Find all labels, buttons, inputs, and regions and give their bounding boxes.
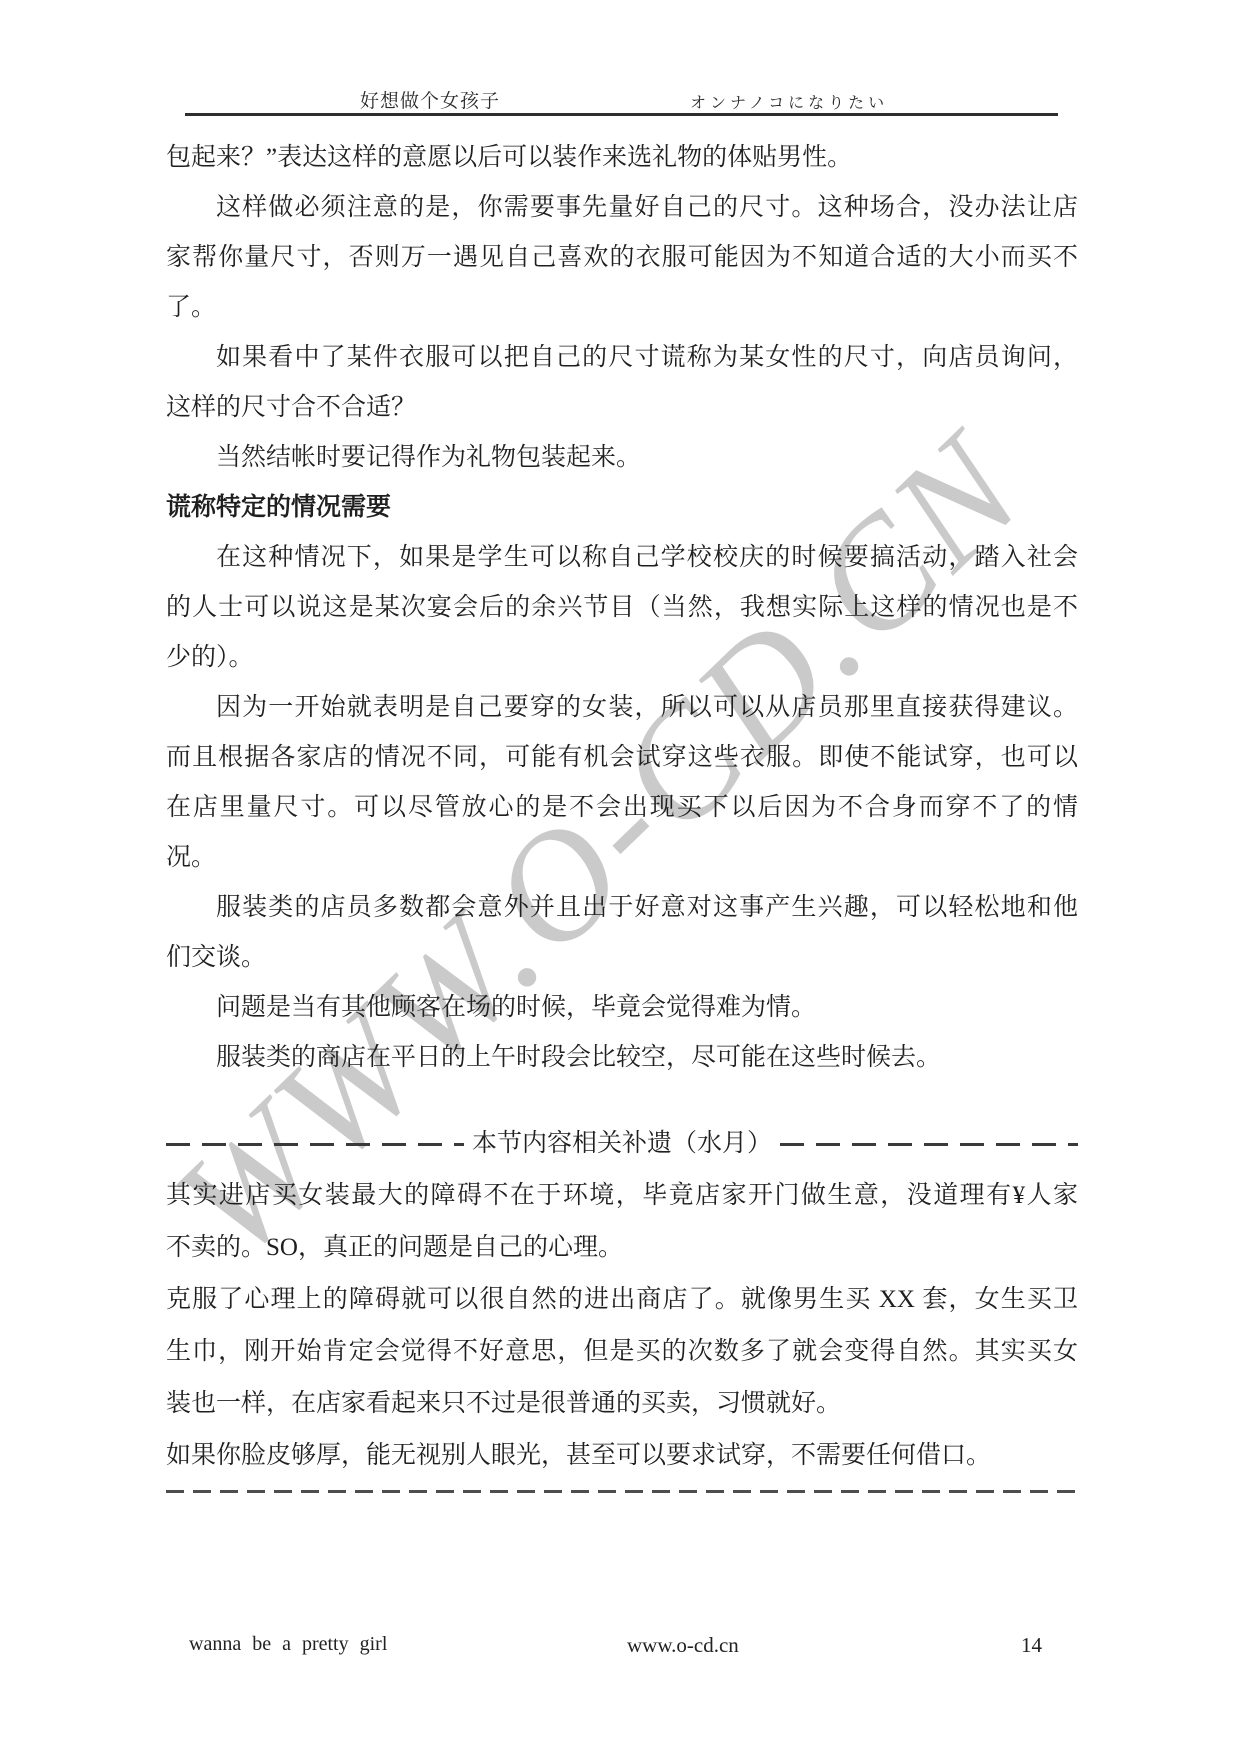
supplement-line: 其实进店买女装最大的障碍不在于环境，毕竟店家开门做生意，没道理有¥人家: [166, 1170, 1078, 1222]
header-title-jp: オンナノコになりたい: [690, 90, 888, 113]
body-line: 了。: [166, 283, 1078, 333]
supplement-line: 生巾，刚开始肯定会觉得不好意思，但是买的次数多了就会变得自然。其实买女: [166, 1326, 1078, 1378]
body-line: 的人士可以说这是某次宴会后的余兴节目（当然，我想实际上这样的情况也是不: [166, 583, 1078, 633]
body-line: 包起来？”表达这样的意愿以后可以装作来选礼物的体贴男性。: [166, 133, 1078, 183]
body-line: 这样做必须注意的是，你需要事先量好自己的尺寸。这种场合，没办法让店: [166, 183, 1078, 233]
body-line: 服装类的店员多数都会意外并且出于好意对这事产生兴趣，可以轻松地和他: [166, 883, 1078, 933]
header-rule: [185, 113, 1058, 116]
document-page: 好想做个女孩子 オンナノコになりたい WWW.O-CD.CN 包起来？”表达这样…: [0, 0, 1241, 1755]
supplement-line: 如果你脸皮够厚，能无视别人眼光，甚至可以要求试穿，不需要任何借口。: [166, 1430, 1078, 1482]
body-line: 少的）。: [166, 633, 1078, 683]
body-line: 当然结帐时要记得作为礼物包装起来。: [166, 433, 1078, 483]
section-heading: 谎称特定的情况需要: [166, 483, 1078, 533]
supplement-section: 本节内容相关补遗（水月） 其实进店买女装最大的障碍不在于环境，毕竟店家开门做生意…: [166, 1118, 1078, 1482]
body-line: 服装类的商店在平日的上午时段会比较空，尽可能在这些时候去。: [166, 1033, 1078, 1083]
footer-left-text: wanna be a pretty girl: [189, 1633, 387, 1656]
body-text: 包起来？”表达这样的意愿以后可以装作来选礼物的体贴男性。 这样做必须注意的是，你…: [166, 133, 1078, 1083]
body-line: 家帮你量尺寸，否则万一遇见自己喜欢的衣服可能因为不知道合适的大小而买不: [166, 233, 1078, 283]
footer-site-url: www.o-cd.cn: [627, 1633, 739, 1658]
body-line: 问题是当有其他顾客在场的时候，毕竟会觉得难为情。: [166, 983, 1078, 1033]
body-line: 们交谈。: [166, 933, 1078, 983]
body-line: 在这种情况下，如果是学生可以称自己学校校庆的时候要搞活动，踏入社会: [166, 533, 1078, 583]
header-title-cn: 好想做个女孩子: [360, 86, 500, 113]
supplement-line: 装也一样，在店家看起来只不过是很普通的买卖，习惯就好。: [166, 1378, 1078, 1430]
dash-line-left: [166, 1143, 464, 1146]
body-line: 在店里量尺寸。可以尽管放心的是不会出现买下以后因为不合身而穿不了的情: [166, 783, 1078, 833]
separator-label: 本节内容相关补遗（水月）: [464, 1118, 780, 1170]
body-line: 如果看中了某件衣服可以把自己的尺寸谎称为某女性的尺寸，向店员询问，: [166, 333, 1078, 383]
dash-line-right: [780, 1143, 1078, 1146]
body-line: 而且根据各家店的情况不同，可能有机会试穿这些衣服。即使不能试穿，也可以: [166, 733, 1078, 783]
dashed-divider: [166, 1490, 1078, 1493]
body-line: 因为一开始就表明是自己要穿的女装，所以可以从店员那里直接获得建议。: [166, 683, 1078, 733]
supplement-line: 克服了心理上的障碍就可以很自然的进出商店了。就像男生买 XX 套，女生买卫: [166, 1274, 1078, 1326]
footer: wanna be a pretty girl www.o-cd.cn 14: [0, 1633, 1241, 1663]
body-line: 这样的尺寸合不合适？: [166, 383, 1078, 433]
footer-page-number: 14: [1021, 1633, 1042, 1658]
supplement-separator: 本节内容相关补遗（水月）: [166, 1118, 1078, 1170]
body-line: 况。: [166, 833, 1078, 883]
supplement-line: 不卖的。SO，真正的问题是自己的心理。: [166, 1222, 1078, 1274]
